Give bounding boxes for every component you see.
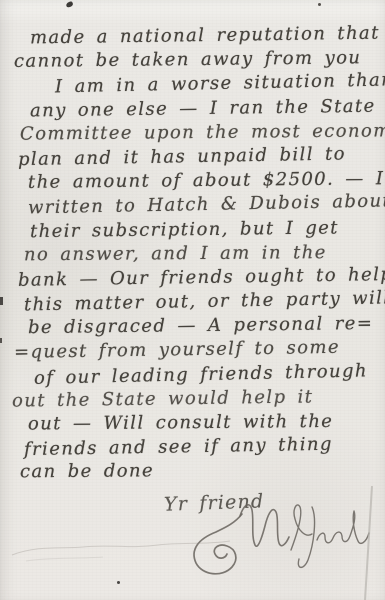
ink-speck	[0, 297, 3, 305]
signature-initial-stroke	[240, 505, 289, 546]
signature-name-stroke	[291, 505, 312, 550]
letter-line: their subscription, but I get	[30, 215, 379, 243]
pencil-smudge	[8, 533, 238, 567]
letter-line: any one else — I ran the State	[30, 94, 379, 123]
ink-speck	[0, 338, 2, 343]
letter-body: made a national reputation that cannot b…	[26, 24, 379, 513]
scanned-letter-page: made a national reputation that cannot b…	[0, 0, 385, 600]
signature-name-stroke	[317, 511, 369, 543]
letter-line: can be done	[20, 458, 379, 485]
letter-lines: made a national reputation that cannot b…	[26, 24, 379, 484]
ink-speck	[318, 3, 321, 6]
ink-speck	[117, 581, 120, 584]
